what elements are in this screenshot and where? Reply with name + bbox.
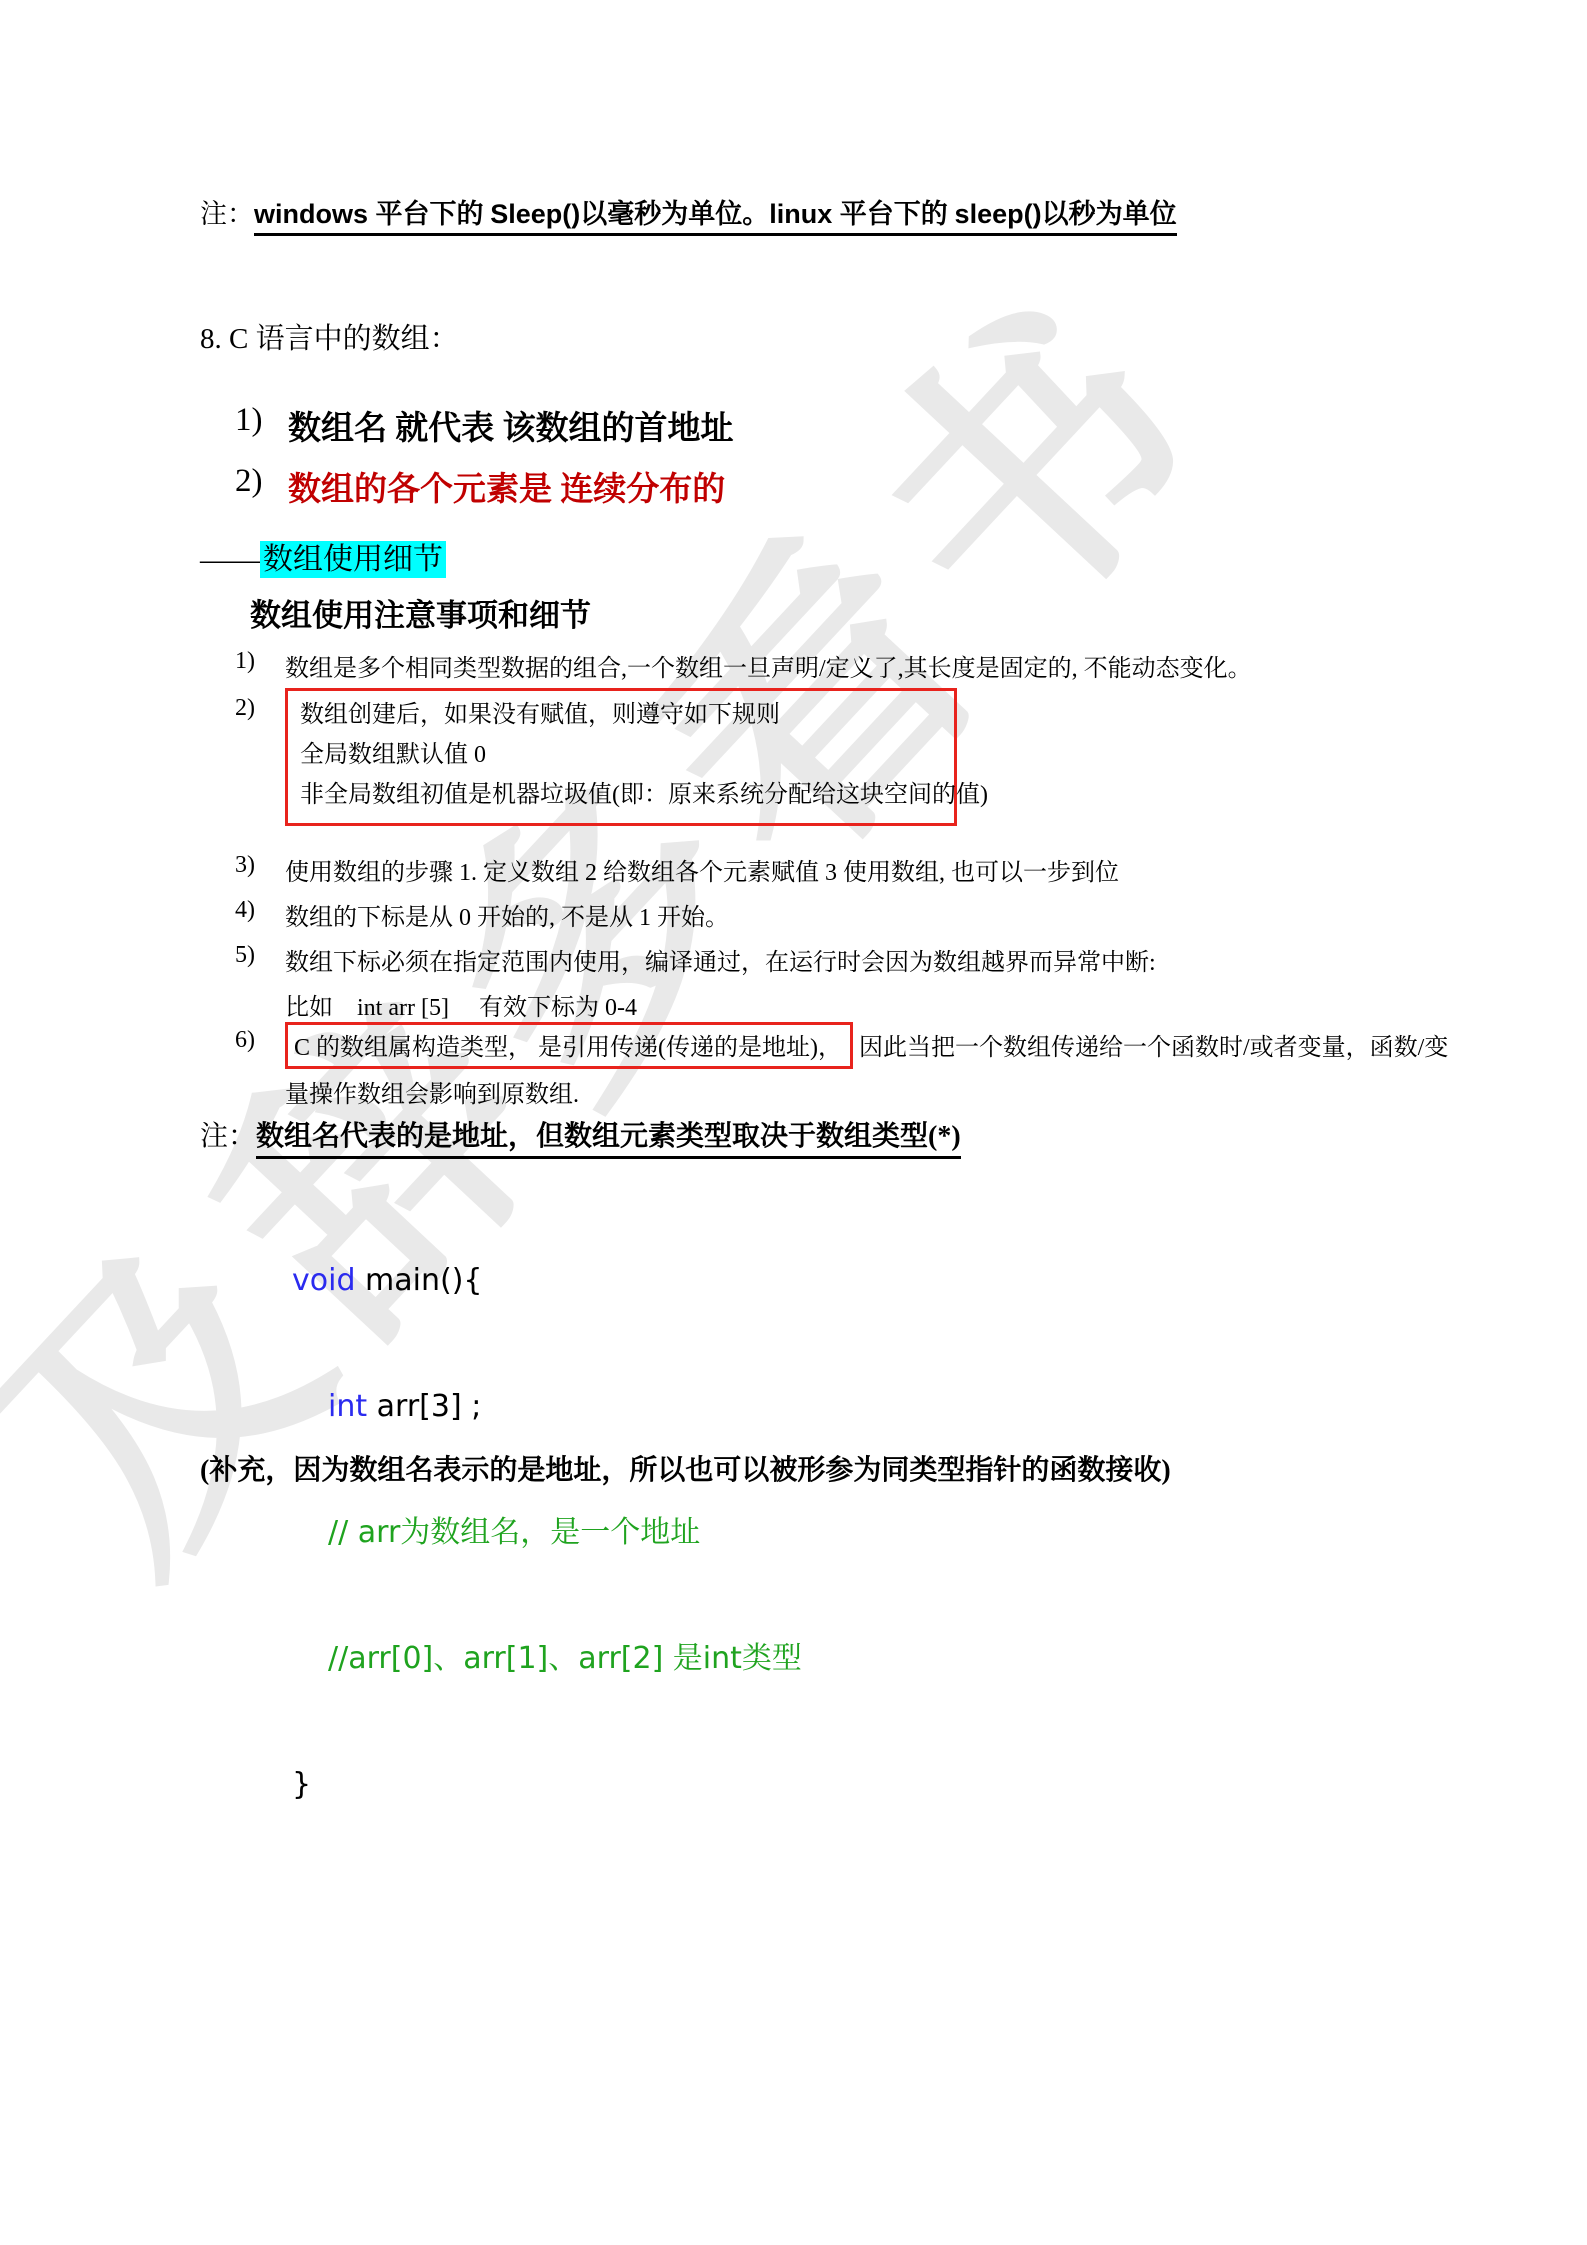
section-title: 8. C 语言中的数组： xyxy=(200,316,459,357)
detail-item-5-example: 比如 int arr [5] 有效下标为 0-4 xyxy=(285,987,637,1022)
top-item-1-number: 1) xyxy=(235,402,288,449)
dash-prefix: —— xyxy=(200,543,260,576)
top-item-2-number: 2) xyxy=(235,463,288,510)
code-comment-2: //arr[0]、arr[1]、arr[2] 是int类型 xyxy=(292,1638,802,1680)
keyword-int: int xyxy=(328,1389,367,1424)
detail-item-5: 5) 数组下标必须在指定范围内使用，编译通过，在运行时会因为数组越界而异常中断: xyxy=(235,942,1156,977)
details-heading: 数组使用注意事项和细节 xyxy=(250,590,591,635)
detail-item-2-number: 2) xyxy=(235,688,285,722)
detail-item-4-number: 4) xyxy=(235,897,285,924)
highlighted-label: 数组使用细节 xyxy=(260,541,446,578)
code-line-2-rest: arr[3] ; xyxy=(367,1389,481,1424)
top-item-2-text: 数组的各个元素是 连续分布的 xyxy=(288,463,725,510)
note-array-type: 注：数组名代表的是地址，但数组元素类型取决于数组类型(*) xyxy=(200,1114,961,1154)
note-seg-Sleep: Sleep() xyxy=(490,199,580,229)
document-page: 及辞多看书 注：windows 平台下的 Sleep()以毫秒为单位。linux… xyxy=(0,0,1587,2245)
code-line-2: int arr[3] ; xyxy=(292,1386,802,1428)
note-seg-linux: linux xyxy=(769,199,840,229)
detail-item-3-text: 使用数组的步骤 1. 定义数组 2 给数组各个元素赋值 3 使用数组, 也可以一… xyxy=(285,852,1119,887)
detail-item-6: 6) C 的数组属构造类型， 是引用传递(传递的是地址)， 因此当把一个数组传递… xyxy=(235,1022,1448,1069)
detail-item-2: 2) 数组创建后，如果没有赋值，则遵守如下规则 全局数组默认值 0 非全局数组初… xyxy=(235,688,957,826)
detail-item-4: 4) 数组的下标是从 0 开始的, 不是从 1 开始。 xyxy=(235,897,729,932)
top-list-item-1: 1) 数组名 就代表 该数组的首地址 xyxy=(235,402,734,449)
note-array-type-prefix: 注： xyxy=(200,1121,256,1152)
detail-item-6-number: 6) xyxy=(235,1022,285,1054)
detail-item-1-number: 1) xyxy=(235,648,285,675)
note-array-type-text: 数组名代表的是地址，但数组元素类型取决于数组类型(*) xyxy=(256,1121,961,1159)
rule-line-2: 全局数组默认值 0 xyxy=(300,735,940,775)
code-comment-1: // arr为数组名，是一个地址 xyxy=(292,1512,802,1554)
note-seg-platform1: 平台下的 xyxy=(376,199,491,229)
note-seg-sec: 以秒为单位 xyxy=(1042,199,1177,229)
detail-item-1: 1) 数组是多个相同类型数据的组合,一个数组一旦声明/定义了,其长度是固定的, … xyxy=(235,648,1252,683)
detail-item-3: 3) 使用数组的步骤 1. 定义数组 2 给数组各个元素赋值 3 使用数组, 也… xyxy=(235,852,1119,887)
code-line-1: void main(){ xyxy=(292,1260,802,1302)
code-line-5: } xyxy=(292,1764,802,1806)
note-sleep-prefix: 注： xyxy=(200,199,254,229)
note-seg-windows: windows xyxy=(254,199,376,229)
detail-item-5-text: 数组下标必须在指定范围内使用，编译通过，在运行时会因为数组越界而异常中断: xyxy=(285,942,1156,977)
detail-item-6-rest: 因此当把一个数组传递给一个函数时/或者变量，函数/变 xyxy=(859,1022,1448,1062)
top-list-item-2: 2) 数组的各个元素是 连续分布的 xyxy=(235,463,725,510)
red-box-pass-by-reference: C 的数组属构造类型， 是引用传递(传递的是地址)， xyxy=(285,1022,853,1069)
top-item-1-text: 数组名 就代表 该数组的首地址 xyxy=(288,402,734,449)
detail-item-4-text: 数组的下标是从 0 开始的, 不是从 1 开始。 xyxy=(285,897,729,932)
rule-line-3: 非全局数组初值是机器垃圾值(即：原来系统分配给这块空间的值) xyxy=(300,775,940,815)
dash-highlight-line: ——数组使用细节 xyxy=(200,534,446,578)
note-sleep-underlined: windows 平台下的 Sleep()以毫秒为单位。linux 平台下的 sl… xyxy=(254,199,1177,236)
note-seg-platform2: 平台下的 xyxy=(840,199,955,229)
detail-item-5-number: 5) xyxy=(235,942,285,969)
note-seg-ms: 以毫秒为单位。 xyxy=(580,199,769,229)
detail-item-3-number: 3) xyxy=(235,852,285,879)
red-box-rules: 数组创建后，如果没有赋值，则遵守如下规则 全局数组默认值 0 非全局数组初值是机… xyxy=(285,688,957,826)
rule-line-1: 数组创建后，如果没有赋值，则遵守如下规则 xyxy=(300,695,940,735)
note-sleep-units: 注：windows 平台下的 Sleep()以毫秒为单位。linux 平台下的 … xyxy=(200,192,1177,231)
supplement-note: (补充，因为数组名表示的是地址，所以也可以被形参为同类型指针的函数接收) xyxy=(200,1448,1171,1488)
keyword-void: void xyxy=(292,1263,356,1298)
detail-item-6-continuation: 量操作数组会影响到原数组. xyxy=(285,1074,579,1109)
note-seg-sleep: sleep() xyxy=(955,199,1042,229)
detail-item-1-text: 数组是多个相同类型数据的组合,一个数组一旦声明/定义了,其长度是固定的, 不能动… xyxy=(285,648,1252,683)
code-block: void main(){ int arr[3] ; // arr为数组名，是一个… xyxy=(292,1176,802,1890)
code-line-1-rest: main(){ xyxy=(356,1263,483,1298)
